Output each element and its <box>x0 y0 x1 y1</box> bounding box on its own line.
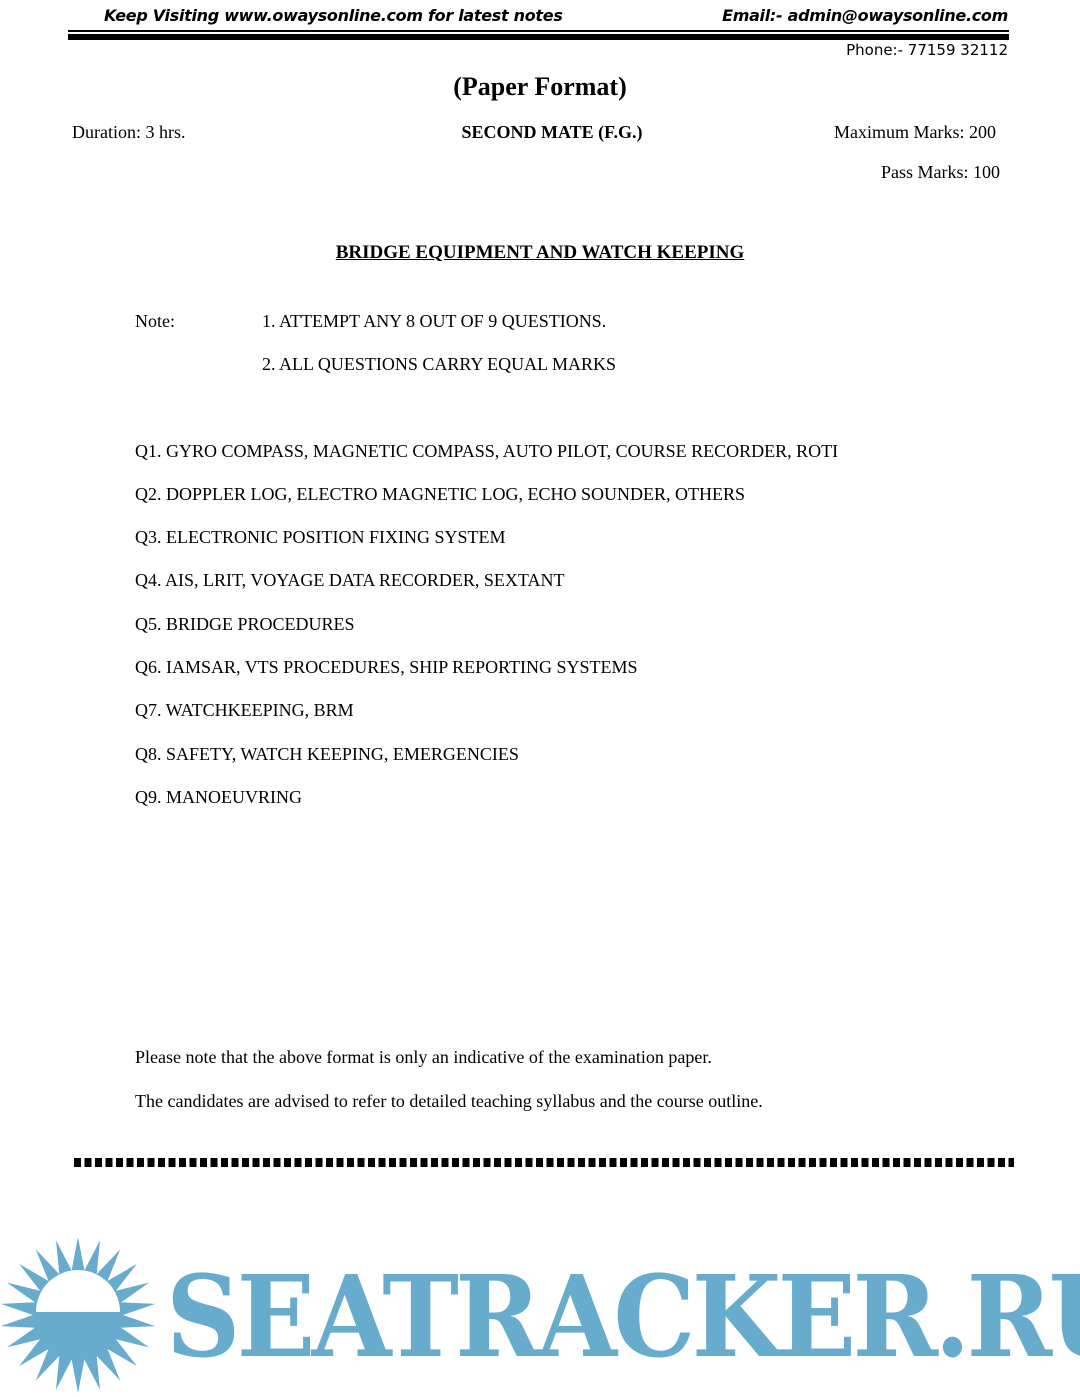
footer-note: Please note that the above format is onl… <box>135 1047 712 1068</box>
footer-note: The candidates are advised to refer to d… <box>135 1091 763 1112</box>
question-item: Q3. ELECTRONIC POSITION FIXING SYSTEM <box>135 527 506 548</box>
note-item: 1. ATTEMPT ANY 8 OUT OF 9 QUESTIONS. <box>262 311 606 332</box>
sun-icon <box>0 1235 160 1395</box>
dotted-separator <box>74 1158 1014 1167</box>
question-item: Q7. WATCHKEEPING, BRM <box>135 700 354 721</box>
question-item: Q1. GYRO COMPASS, MAGNETIC COMPASS, AUTO… <box>135 441 838 462</box>
question-item: Q9. MANOEUVRING <box>135 787 302 808</box>
header-phone-text: Phone:- 77159 32112 <box>846 41 1008 59</box>
header-rule-thick <box>68 34 1009 40</box>
header-rule-thin <box>68 30 1009 32</box>
max-marks-text: Maximum Marks: 200 <box>834 122 996 143</box>
note-item: 2. ALL QUESTIONS CARRY EQUAL MARKS <box>262 354 616 375</box>
note-label: Note: <box>135 311 175 332</box>
pass-marks-text: Pass Marks: 100 <box>881 162 1000 183</box>
subject-heading: BRIDGE EQUIPMENT AND WATCH KEEPING <box>0 242 1080 264</box>
question-item: Q5. BRIDGE PROCEDURES <box>135 614 355 635</box>
question-item: Q2. DOPPLER LOG, ELECTRO MAGNETIC LOG, E… <box>135 484 745 505</box>
question-item: Q6. IAMSAR, VTS PROCEDURES, SHIP REPORTI… <box>135 657 638 678</box>
header-email-text: Email:- admin@owaysonline.com <box>722 6 1008 25</box>
watermark-text: SEATRACKER.RU <box>166 1262 1080 1374</box>
question-item: Q8. SAFETY, WATCH KEEPING, EMERGENCIES <box>135 744 519 765</box>
header-website-text: Keep Visiting www.owaysonline.com for la… <box>104 6 563 25</box>
question-item: Q4. AIS, LRIT, VOYAGE DATA RECORDER, SEX… <box>135 570 564 591</box>
page-title: (Paper Format) <box>0 72 1080 102</box>
